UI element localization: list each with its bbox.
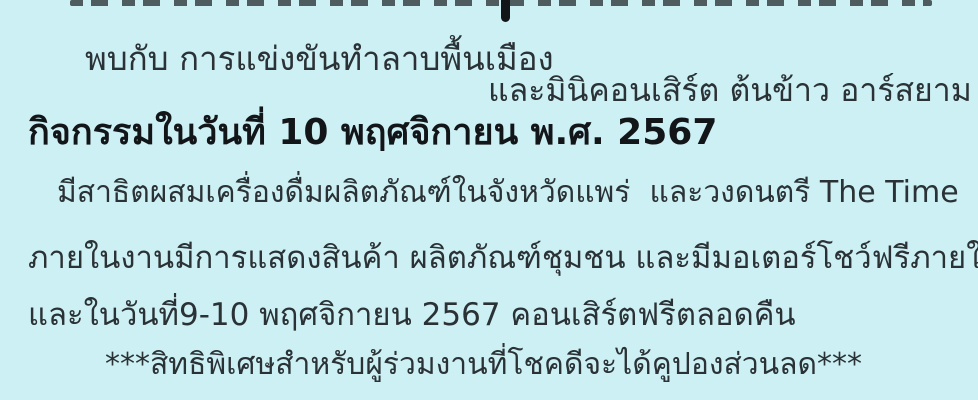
mini-concert-text: และมินิคอนเสิร์ต ต้นข้าว อาร์สยาม <box>488 72 972 109</box>
event-poster: พบกับ การแข่งขันทำลาบพื้นเมือง และมินิคอ… <box>0 0 978 400</box>
demo-and-band-text: มีสาธิตผสมเครื่องดื่มผลิตภัณฑ์ในจังหวัดแ… <box>57 176 959 211</box>
special-privilege-text: ***สิทธิพิเศษสำหรับผู้ร่วมงานที่โชคดีจะไ… <box>105 348 862 383</box>
exhibition-text: ภายในงานมีการแสดงสินค้า ผลิตภัณฑ์ชุมชน แ… <box>28 241 978 277</box>
clipped-descender-fragment <box>501 0 510 22</box>
highlight-competition-text: พบกับ การแข่งขันทำลาบพื้นเมือง <box>85 40 554 78</box>
event-date-heading: กิจกรรมในวันที่ 10 พฤศจิกายน พ.ศ. 2567 <box>28 112 717 153</box>
free-concert-text: และในวันที่9-10 พฤศจิกายน 2567 คอนเสิร์ต… <box>28 298 796 334</box>
